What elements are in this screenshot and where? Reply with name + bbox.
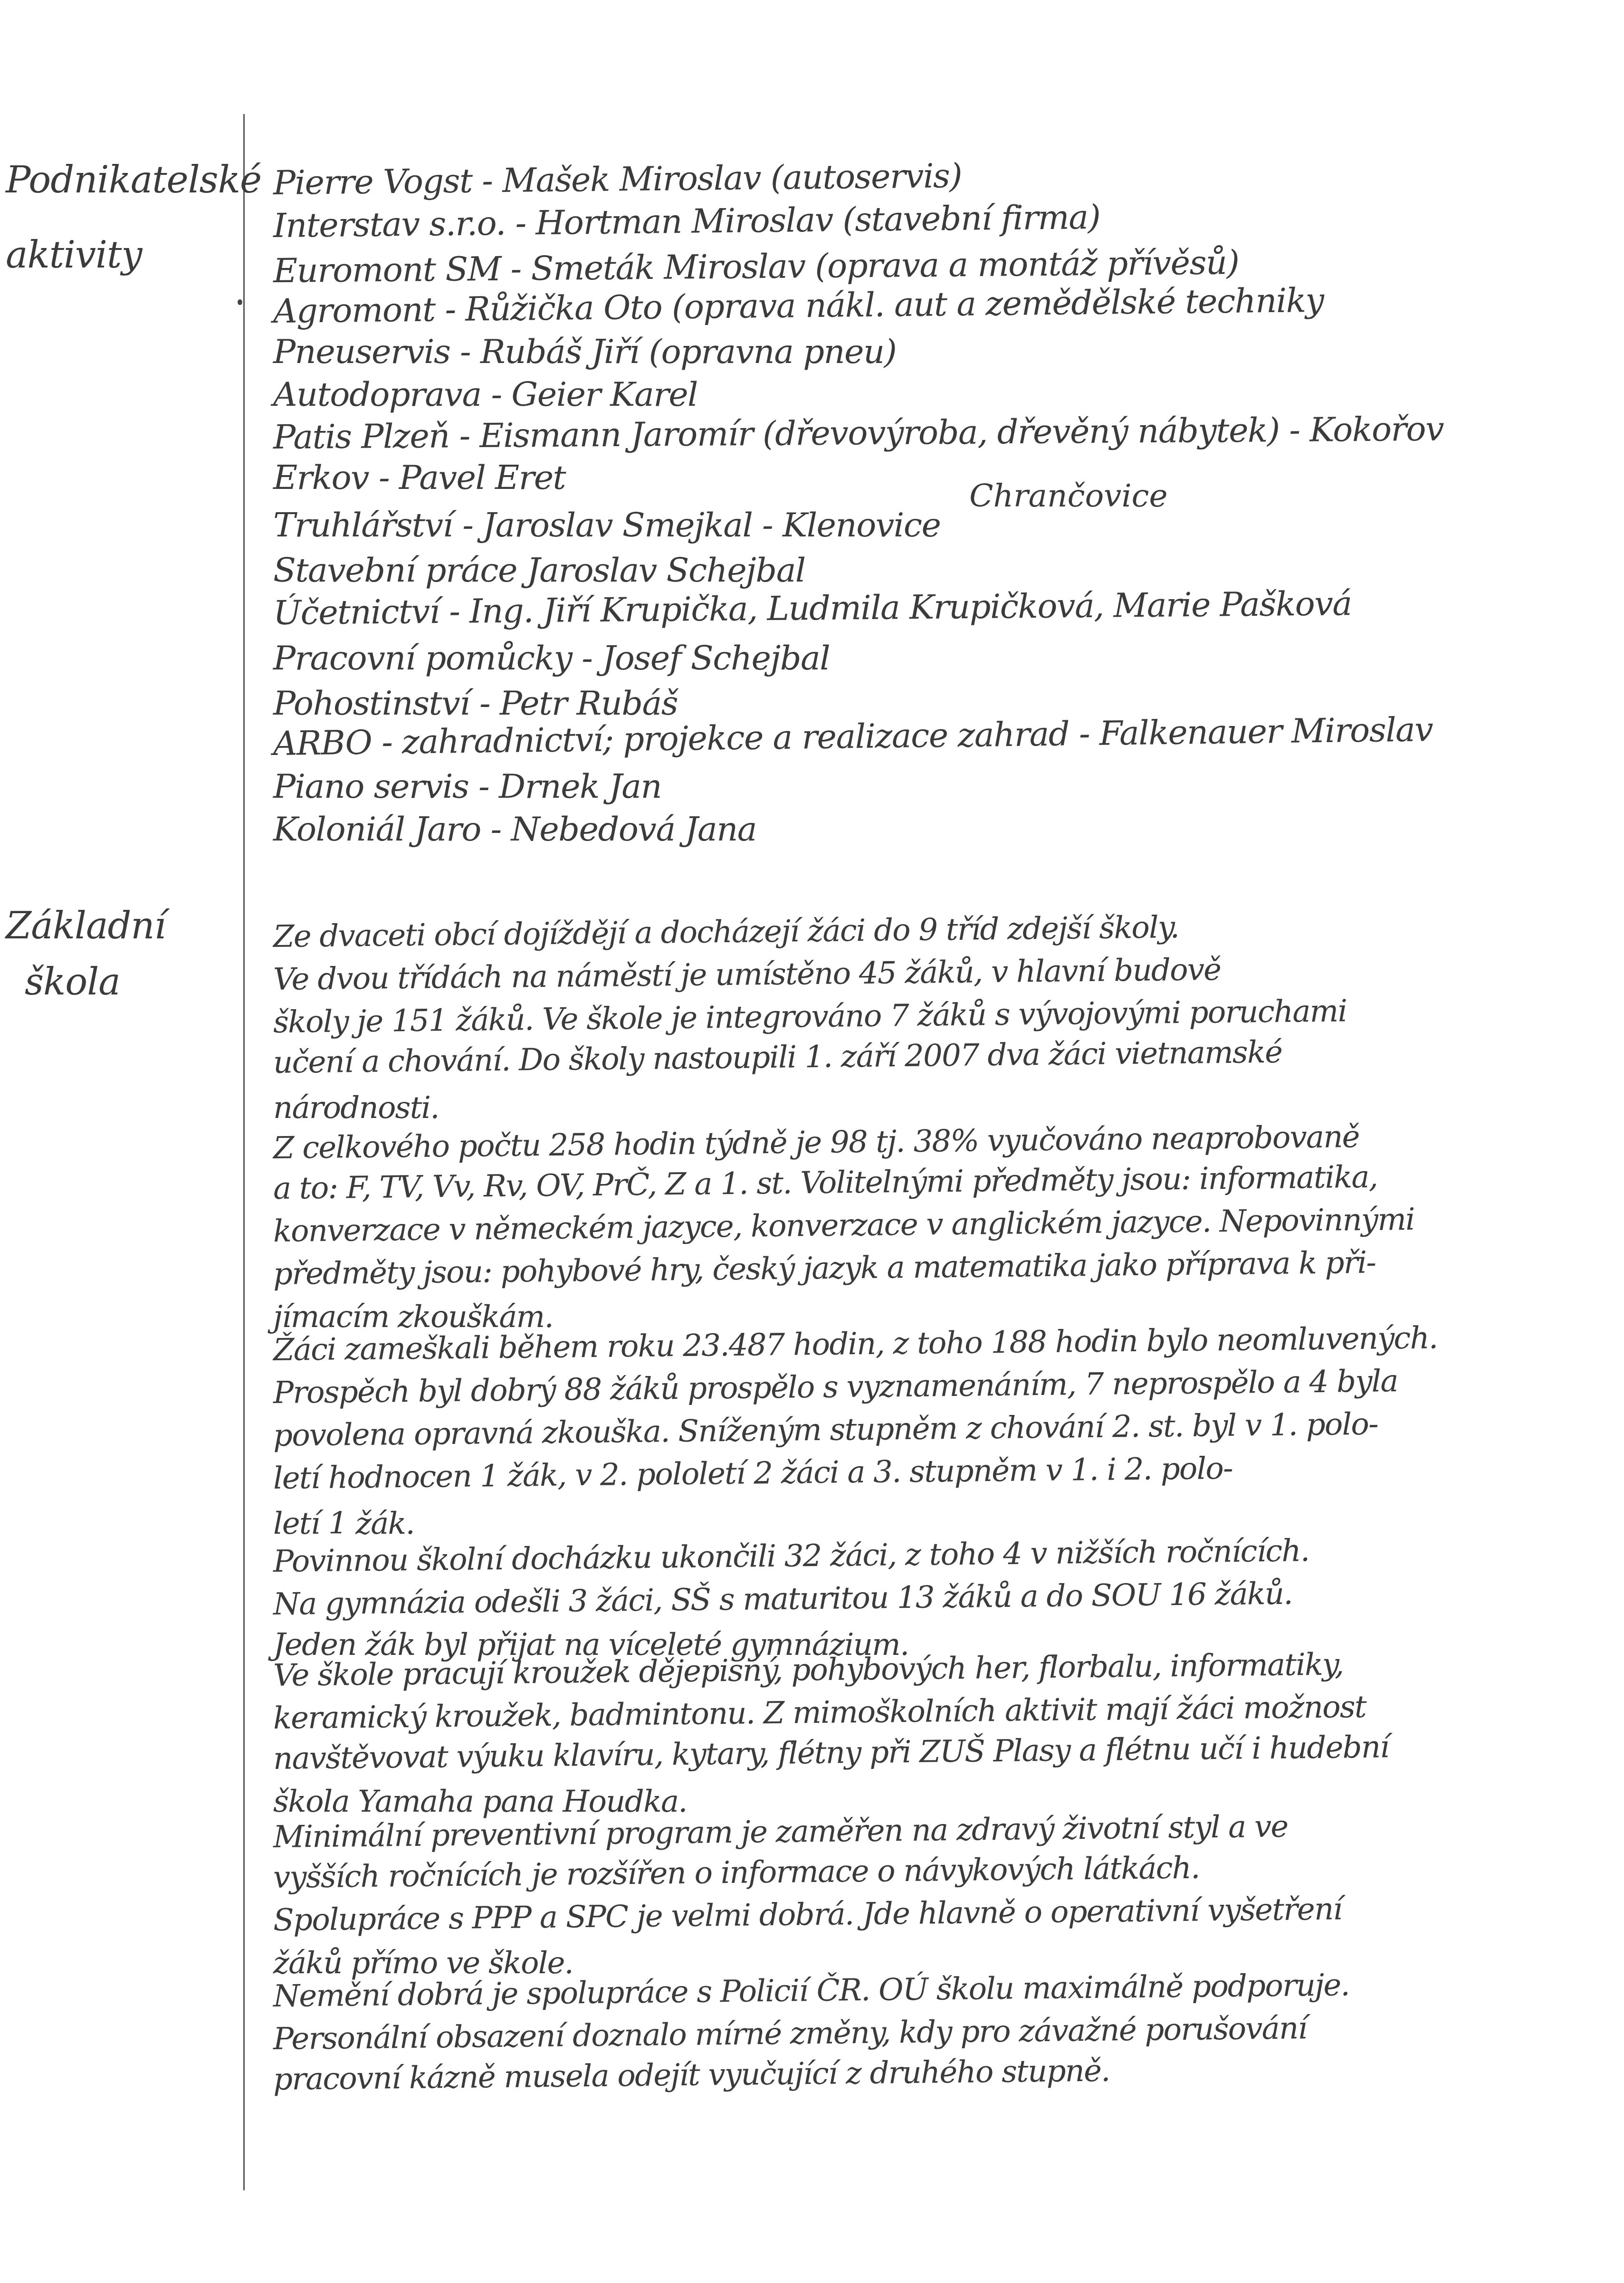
paragraph-line: Personální obsazení doznalo mírné změny,… (273, 2013, 1307, 2054)
paragraph-line: pracovní kázně musela odejít vyučující z… (273, 2056, 1110, 2095)
section-label-line: Základní (6, 898, 166, 954)
paragraph-line: letí 1 žák. (273, 1509, 414, 1539)
list-item: Autodoprava - Geier Karel (273, 378, 697, 411)
paragraph-line: konverzace v německém jazyce, konverzace… (273, 1204, 1414, 1247)
list-item: Truhlářství - Jaroslav Smejkal - Klenovi… (273, 508, 940, 542)
paragraph-line: Na gymnázia odešli 3 žáci, SŠ s maturito… (273, 1579, 1292, 1620)
paragraph-line: Ze dvaceti obcí dojíždějí a docházejí žá… (273, 912, 1179, 952)
section-label-line: Podnikatelské (6, 152, 261, 208)
list-item: Stavební práce Jaroslav Schejbal (273, 554, 805, 587)
paragraph-line: keramický kroužek, badmintonu. Z mimoško… (273, 1692, 1366, 1734)
list-item: Pracovní pomůcky - Josef Schejbal (273, 641, 830, 675)
section-label-business: Podnikatelské aktivity (6, 152, 261, 283)
paragraph-line: Ve dvou třídách na náměstí je umístěno 4… (273, 955, 1221, 995)
paragraph-line: školy je 151 žáků. Ve škole je integrová… (273, 996, 1347, 1038)
list-item: Patis Plzeň - Eismann Jaromír (dřevovýro… (273, 412, 1444, 454)
list-item: Pohostinství - Petr Rubáš (273, 687, 678, 720)
paragraph-line: národnosti. (273, 1093, 439, 1123)
paragraph-line: Z celkového počtu 258 hodin týdně je 98 … (273, 1122, 1359, 1164)
list-item: Pneuservis - Rubáš Jiří (opravna pneu) (273, 335, 896, 368)
list-item: Euromont SM - Smeták Miroslav (oprava a … (273, 246, 1239, 287)
paragraph-line: jímacím zkouškám. (273, 1302, 553, 1332)
list-item: Erkov - Pavel Eret (273, 461, 565, 494)
paragraph-line: letí hodnocen 1 žák, v 2. pololetí 2 žác… (273, 1453, 1233, 1494)
paragraph-line: Prospěch byl dobrý 88 žáků prospělo s vy… (273, 1366, 1398, 1408)
paragraph-line: učení a chování. Do školy nastoupili 1. … (273, 1037, 1282, 1078)
list-item: Účetnictví - Ing. Jiří Krupička, Ludmila… (273, 587, 1352, 630)
list-item: Agromont - Růžička Oto (oprava nákl. aut… (273, 284, 1324, 328)
paragraph-line: vyšších ročnících je rozšířen o informac… (273, 1853, 1200, 1893)
paragraph-line: Povinnou školní docházku ukončili 32 žác… (273, 1536, 1309, 1577)
section-label-line: škola (25, 954, 166, 1010)
paragraph-line: navštěvovat výuku klavíru, kytary, flétn… (273, 1732, 1389, 1774)
erkov-location-note: Chrančovice (969, 478, 1168, 514)
list-item: Pierre Vogst - Mašek Miroslav (autoservi… (273, 159, 962, 200)
paragraph-line: předměty jsou: pohybové hry, český jazyk… (273, 1248, 1376, 1290)
margin-rule (243, 114, 245, 2190)
paragraph-line: a to: F, TV, Vv, Rv, OV, PrČ, Z a 1. st.… (273, 1162, 1378, 1204)
list-item: Piano servis - Drnek Jan (273, 770, 661, 803)
paragraph-line: škola Yamaha pana Houdka. (273, 1786, 687, 1817)
section-label-school: Základní škola (6, 898, 166, 1010)
paragraph-line: povolena opravná zkouška. Sníženým stupn… (273, 1409, 1378, 1451)
paragraph-line: Spolupráce s PPP a SPC je velmi dobrá. J… (273, 1894, 1342, 1936)
section-label-line: aktivity (6, 227, 261, 283)
list-item: Koloniál Jaro - Nebedová Jana (273, 812, 756, 846)
ink-dot (238, 299, 242, 305)
list-item: Interstav s.r.o. - Hortman Miroslav (sta… (273, 201, 1100, 242)
paragraph-line: žáků přímo ve škole. (273, 1948, 573, 1978)
